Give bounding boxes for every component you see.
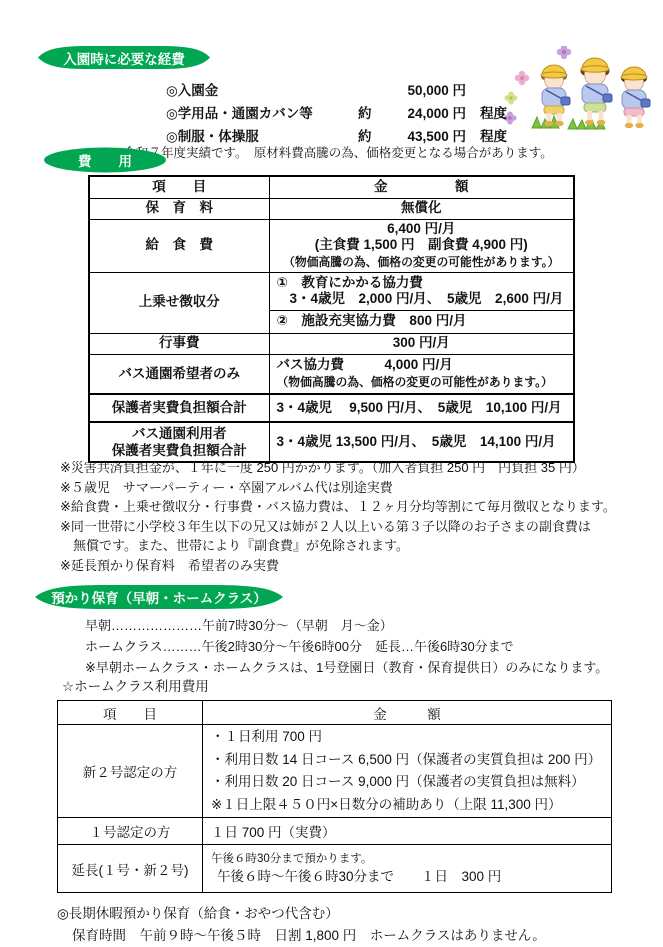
azukari-schedule: 早朝…………………午前7時30分～（早朝 月～金） ホームクラス………午後2時3… <box>85 615 608 678</box>
table-row: 延長(１号・新２号) 午後６時30分まで預かります。 午後６時～午後６時30分ま… <box>58 845 612 893</box>
row-label-line: バス通園利用者 <box>97 425 262 442</box>
list-item: ◎学用品・通園カバン等 約 24,000 円 程度 <box>166 100 522 123</box>
amount-line: ・利用日数 14 日コース 6,500 円（保護者の実質負担は 200 円） <box>211 749 603 772</box>
row-label: バス通園利用者 保護者実費負担額合計 <box>89 422 269 462</box>
child-figure <box>541 65 570 126</box>
grass-icon <box>532 116 605 129</box>
row-value: 3・4歳児 9,500 円/月、 5歳児 10,100 円/月 <box>269 394 574 422</box>
row-label-line: 保護者実費負担額合計 <box>97 442 262 459</box>
row-value: ② 施設充実協力費 800 円/月 <box>269 310 574 333</box>
schedule-line: ホームクラス………午後2時30分～午後6時00分 延長…午後6時30分まで <box>85 636 608 657</box>
fee-label: ◎制服・体操服 <box>166 125 358 145</box>
row-value: ① 教育にかかる協力費 3・4歳児 2,000 円/月、 5歳児 2,600 円… <box>269 272 574 310</box>
column-header-item: 項 目 <box>89 176 269 198</box>
amount-line: バス協力費 4,000 円/月 <box>277 357 567 374</box>
note-line: 無償です。また、世帯により『副食費』が免除されます。 <box>60 536 616 556</box>
amount-note: 午後６時30分まで預かります。 <box>211 852 603 867</box>
amount-line: ※１日上限４５０円×日数分の補助あり（上限 11,300 円） <box>211 794 603 817</box>
admission-note: ※令和７年度実績です。 原材料費高騰の為、価格変更となる場合があります。 <box>113 143 553 161</box>
row-label: 新２号認定の方 <box>58 725 203 818</box>
note-line: ※同一世帯に小学校３年生以下の兄又は姉が２人以上いる第３子以降のお子さまの副食費… <box>60 517 616 537</box>
row-label: バス通園希望者のみ <box>89 354 269 394</box>
table-header-row: 項 目 金 額 <box>58 701 612 725</box>
long-holiday-care-title: ◎長期休暇預かり保育（給食・おやつ代含む） <box>57 902 339 922</box>
row-label: 上乗せ徴収分 <box>89 272 269 333</box>
section-banner-fees: 費 用 <box>43 147 167 173</box>
table-row: 上乗せ徴収分 ① 教育にかかる協力費 3・4歳児 2,000 円/月、 5歳児 … <box>89 272 574 310</box>
fee-label: ◎入園金 <box>166 79 358 99</box>
fee-amount: 24,000 円 <box>380 102 466 122</box>
row-value: 無償化 <box>269 198 574 219</box>
note-line: ※５歳児 サマーパーティー・卒園アルバム代は別途実費 <box>60 478 616 498</box>
section-banner-azukari: 預かり保育（早朝・ホームクラス） <box>35 584 283 610</box>
row-value: 6,400 円/月 (主食費 1,500 円 副食費 4,900 円) （物価高… <box>269 219 574 272</box>
amount-line: 午後６時～午後６時30分まで １日 300 円 <box>211 867 603 886</box>
fee-information-page: 入園時に必要な経費 <box>0 0 663 947</box>
child-figure <box>581 58 613 125</box>
fee-table: 項 目 金 額 保 育 料 無償化 給 食 費 6,400 円/月 (主食費 1… <box>88 175 575 463</box>
table-row: 行事費 300 円/月 <box>89 333 574 354</box>
table-row: 保 育 料 無償化 <box>89 198 574 219</box>
fee-approx: 約 <box>358 125 380 145</box>
table-row: 給 食 費 6,400 円/月 (主食費 1,500 円 副食費 4,900 円… <box>89 219 574 272</box>
section-title-fees: 費 用 <box>78 150 132 170</box>
row-value: 3・4歳児 13,500 円/月、 5歳児 14,100 円/月 <box>269 422 574 462</box>
fee-amount: 50,000 円 <box>380 79 466 99</box>
note-line: ※給食費・上乗せ徴収分・行事費・バス協力費は、１２ヶ月分均等割にて毎月徴収となり… <box>60 497 616 517</box>
list-item: ◎入園金 50,000 円 <box>166 77 522 100</box>
amount-line: ① 教育にかかる協力費 <box>277 275 567 292</box>
row-value: バス協力費 4,000 円/月 （物価高騰の為、価格の変更の可能性があります。） <box>269 354 574 394</box>
fee-approx: 約 <box>358 102 380 122</box>
fee-suffix: 程度 <box>466 125 522 145</box>
table-row: 新２号認定の方 ・１日利用 700 円 ・利用日数 14 日コース 6,500 … <box>58 725 612 818</box>
fee-amount: 43,500 円 <box>380 125 466 145</box>
row-value: １日 700 円（実費） <box>203 818 612 845</box>
row-value: ・１日利用 700 円 ・利用日数 14 日コース 6,500 円（保護者の実質… <box>203 725 612 818</box>
fee-label: ◎学用品・通園カバン等 <box>166 102 358 122</box>
column-header-amount: 金 額 <box>269 176 574 198</box>
admission-fee-list: ◎入園金 50,000 円 ◎学用品・通園カバン等 約 24,000 円 程度 … <box>166 77 522 146</box>
long-holiday-care-detail: 保育時間 午前９時～午後５時 日割 1,800 円 ホームクラスはありません。 <box>72 924 546 944</box>
fee-notes: ※災害共済負担金が、１年に一度 250 円かかります。（加入者負担 250 円 … <box>60 458 616 576</box>
amount-line: 3・4歳児 2,000 円/月、 5歳児 2,600 円/月 <box>277 291 567 308</box>
row-label: 行事費 <box>89 333 269 354</box>
amount-line: 6,400 円/月 <box>277 221 567 238</box>
child-figure <box>621 67 650 128</box>
home-class-subtitle: ☆ホームクラス利用費用 <box>62 675 209 695</box>
fee-suffix: 程度 <box>466 102 522 122</box>
row-label: １号認定の方 <box>58 818 203 845</box>
row-label: 給 食 費 <box>89 219 269 272</box>
table-row: バス通園希望者のみ バス協力費 4,000 円/月 （物価高騰の為、価格の変更の… <box>89 354 574 394</box>
row-label: 延長(１号・新２号) <box>58 845 203 893</box>
note-line: ※災害共済負担金が、１年に一度 250 円かかります。（加入者負担 250 円 … <box>60 458 616 478</box>
section-banner-admission: 入園時に必要な経費 <box>38 45 210 70</box>
row-value: 午後６時30分まで預かります。 午後６時～午後６時30分まで １日 300 円 <box>203 845 612 893</box>
schedule-line: 早朝…………………午前7時30分～（早朝 月～金） <box>85 615 608 636</box>
amount-note: （物価高騰の為、価格の変更の可能性があります。） <box>277 374 567 391</box>
section-title-admission: 入園時に必要な経費 <box>63 48 185 68</box>
column-header-amount: 金 額 <box>203 701 612 725</box>
amount-line: (主食費 1,500 円 副食費 4,900 円) <box>277 237 567 254</box>
note-line: ※延長預かり保育料 希望者のみ実費 <box>60 556 616 576</box>
row-value: 300 円/月 <box>269 333 574 354</box>
home-class-fee-table: 項 目 金 額 新２号認定の方 ・１日利用 700 円 ・利用日数 14 日コー… <box>57 700 612 893</box>
table-header-row: 項 目 金 額 <box>89 176 574 198</box>
amount-line: ・１日利用 700 円 <box>211 726 603 749</box>
amount-line: ・利用日数 20 日コース 9,000 円（保護者の実質負担は無料） <box>211 771 603 794</box>
table-row-total: 保護者実費負担額合計 3・4歳児 9,500 円/月、 5歳児 10,100 円… <box>89 394 574 422</box>
amount-note: （物価高騰の為、価格の変更の可能性があります。） <box>277 254 567 271</box>
row-label: 保護者実費負担額合計 <box>89 394 269 422</box>
section-title-azukari: 預かり保育（早朝・ホームクラス） <box>51 587 267 607</box>
table-row-bus-total: バス通園利用者 保護者実費負担額合計 3・4歳児 13,500 円/月、 5歳児… <box>89 422 574 462</box>
children-illustration <box>502 46 660 138</box>
row-label: 保 育 料 <box>89 198 269 219</box>
table-row: １号認定の方 １日 700 円（実費） <box>58 818 612 845</box>
column-header-item: 項 目 <box>58 701 203 725</box>
